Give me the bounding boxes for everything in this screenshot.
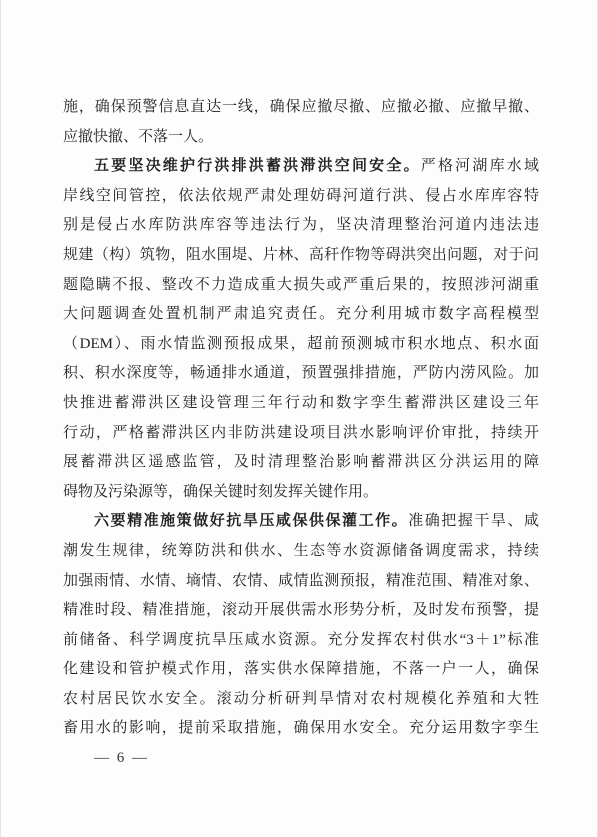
- text-line: 快推进蓄滞洪区建设管理三年行动和数字孪生蓄滞洪区建设三年: [63, 389, 539, 419]
- text-line: 别是侵占水库防洪库容等违法行为，坚决清理整治河道内违法违: [63, 211, 539, 241]
- text-line: 岸线空间管控，依法依规严肃处理妨碍河道行洪、侵占水库库容特: [63, 182, 539, 212]
- text-line: 题隐瞒不报、整改不力造成重大损失或严重后果的，按照涉河湖重: [63, 271, 539, 301]
- emphasis-lead: 五要坚决维护行洪排洪蓄洪滞洪空间安全。: [94, 158, 421, 174]
- text-line: 加强雨情、水情、墒情、农情、咸情监测预报，精准范围、精准对象、: [63, 567, 539, 597]
- text-line: 精准时段、精准措施，滚动开展供需水形势分析，及时发布预警，提: [63, 596, 539, 626]
- text-line: 大问题调查处置机制严肃追究责任。充分利用城市数字高程模型: [63, 300, 539, 330]
- line-text: 加强雨情、水情、墒情、农情、咸情监测预报，精准范围、精准对象、: [63, 573, 539, 589]
- text-line: 畜用水的影响，提前采取措施，确保用水安全。充分运用数字孪生: [63, 714, 539, 744]
- line-text: 行动，严格蓄滞洪区内非防洪建设项目洪水影响评价审批，持续开: [63, 425, 539, 441]
- line-text: 规建（构）筑物，阻水围堤、片林、高秆作物等碍洪突出问题，对于问: [63, 247, 539, 263]
- text-line: 施，确保预警信息直达一线，确保应撤尽撤、应撤必撤、应撤早撤、: [63, 93, 539, 123]
- text-line: 农村居民饮水安全。滚动分析研判旱情对农村规模化养殖和大牲: [63, 685, 539, 715]
- line-text: （DEM）、雨水情监测预报成果，超前预测城市积水地点、积水面: [63, 336, 539, 352]
- line-text: 大问题调查处置机制严肃追究责任。充分利用城市数字高程模型: [63, 306, 539, 322]
- text-line: 五要坚决维护行洪排洪蓄洪滞洪空间安全。严格河湖库水域: [63, 152, 539, 182]
- line-text: 积、积水深度等，畅通排水通道，预置强排措施，严防内涝风险。加: [63, 365, 539, 381]
- line-text: 严格河湖库水域: [421, 158, 539, 174]
- text-line: 应撤快撤、不落一人。: [63, 123, 539, 153]
- document-page: 施，确保预警信息直达一线，确保应撤尽撤、应撤必撤、应撤早撤、 应撤快撤、不落一人…: [0, 0, 598, 837]
- text-line: 积、积水深度等，畅通排水通道，预置强排措施，严防内涝风险。加: [63, 359, 539, 389]
- line-text: 化建设和管护模式作用，落实供水保障措施，不落一户一人，确保: [63, 661, 539, 677]
- text-line: （DEM）、雨水情监测预报成果，超前预测城市积水地点、积水面: [63, 330, 539, 360]
- text-line: 化建设和管护模式作用，落实供水保障措施，不落一户一人，确保: [63, 655, 539, 685]
- text-line: 行动，严格蓄滞洪区内非防洪建设项目洪水影响评价审批，持续开: [63, 419, 539, 449]
- text-line: 六要精准施策做好抗旱压咸保供保灌工作。准确把握干旱、咸: [63, 507, 539, 537]
- document-body: 施，确保预警信息直达一线，确保应撤尽撤、应撤必撤、应撤早撤、 应撤快撤、不落一人…: [63, 93, 539, 744]
- line-text: 潮发生规律，统筹防洪和供水、生态等水资源储备调度需求，持续: [63, 543, 539, 559]
- text-line: 规建（构）筑物，阻水围堤、片林、高秆作物等碍洪突出问题，对于问: [63, 241, 539, 271]
- text-line: 前储备、科学调度抗旱压咸水资源。充分发挥农村供水“3＋1”标准: [63, 626, 539, 656]
- line-text: 题隐瞒不报、整改不力造成重大损失或严重后果的，按照涉河湖重: [63, 277, 539, 293]
- line-text: 别是侵占水库防洪库容等违法行为，坚决清理整治河道内违法违: [63, 217, 539, 233]
- line-text: 前储备、科学调度抗旱压咸水资源。充分发挥农村供水“3＋1”标准: [63, 632, 539, 648]
- line-text: 施，确保预警信息直达一线，确保应撤尽撤、应撤必撤、应撤早撤、: [63, 99, 539, 115]
- page-number-footer: — 6 —: [94, 750, 149, 767]
- line-text: 展蓄滞洪区遥感监管，及时清理整治影响蓄滞洪区分洪运用的障: [63, 454, 539, 470]
- line-text: 畜用水的影响，提前采取措施，确保用水安全。充分运用数字孪生: [63, 720, 539, 736]
- line-text: 精准时段、精准措施，滚动开展供需水形势分析，及时发布预警，提: [63, 602, 539, 618]
- line-text: 碍物及污染源等，确保关键时刻发挥关键作用。: [63, 484, 378, 500]
- line-text: 农村居民饮水安全。滚动分析研判旱情对农村规模化养殖和大牲: [63, 691, 539, 707]
- line-text: 快推进蓄滞洪区建设管理三年行动和数字孪生蓄滞洪区建设三年: [63, 395, 539, 411]
- line-text: 准确把握干旱、咸: [408, 513, 539, 529]
- text-line: 碍物及污染源等，确保关键时刻发挥关键作用。: [63, 478, 539, 508]
- line-text: 应撤快撤、不落一人。: [63, 129, 213, 145]
- text-line: 展蓄滞洪区遥感监管，及时清理整治影响蓄滞洪区分洪运用的障: [63, 448, 539, 478]
- emphasis-lead: 六要精准施策做好抗旱压咸保供保灌工作。: [94, 513, 408, 529]
- line-text: 岸线空间管控，依法依规严肃处理妨碍河道行洪、侵占水库库容特: [63, 188, 539, 204]
- text-line: 潮发生规律，统筹防洪和供水、生态等水资源储备调度需求，持续: [63, 537, 539, 567]
